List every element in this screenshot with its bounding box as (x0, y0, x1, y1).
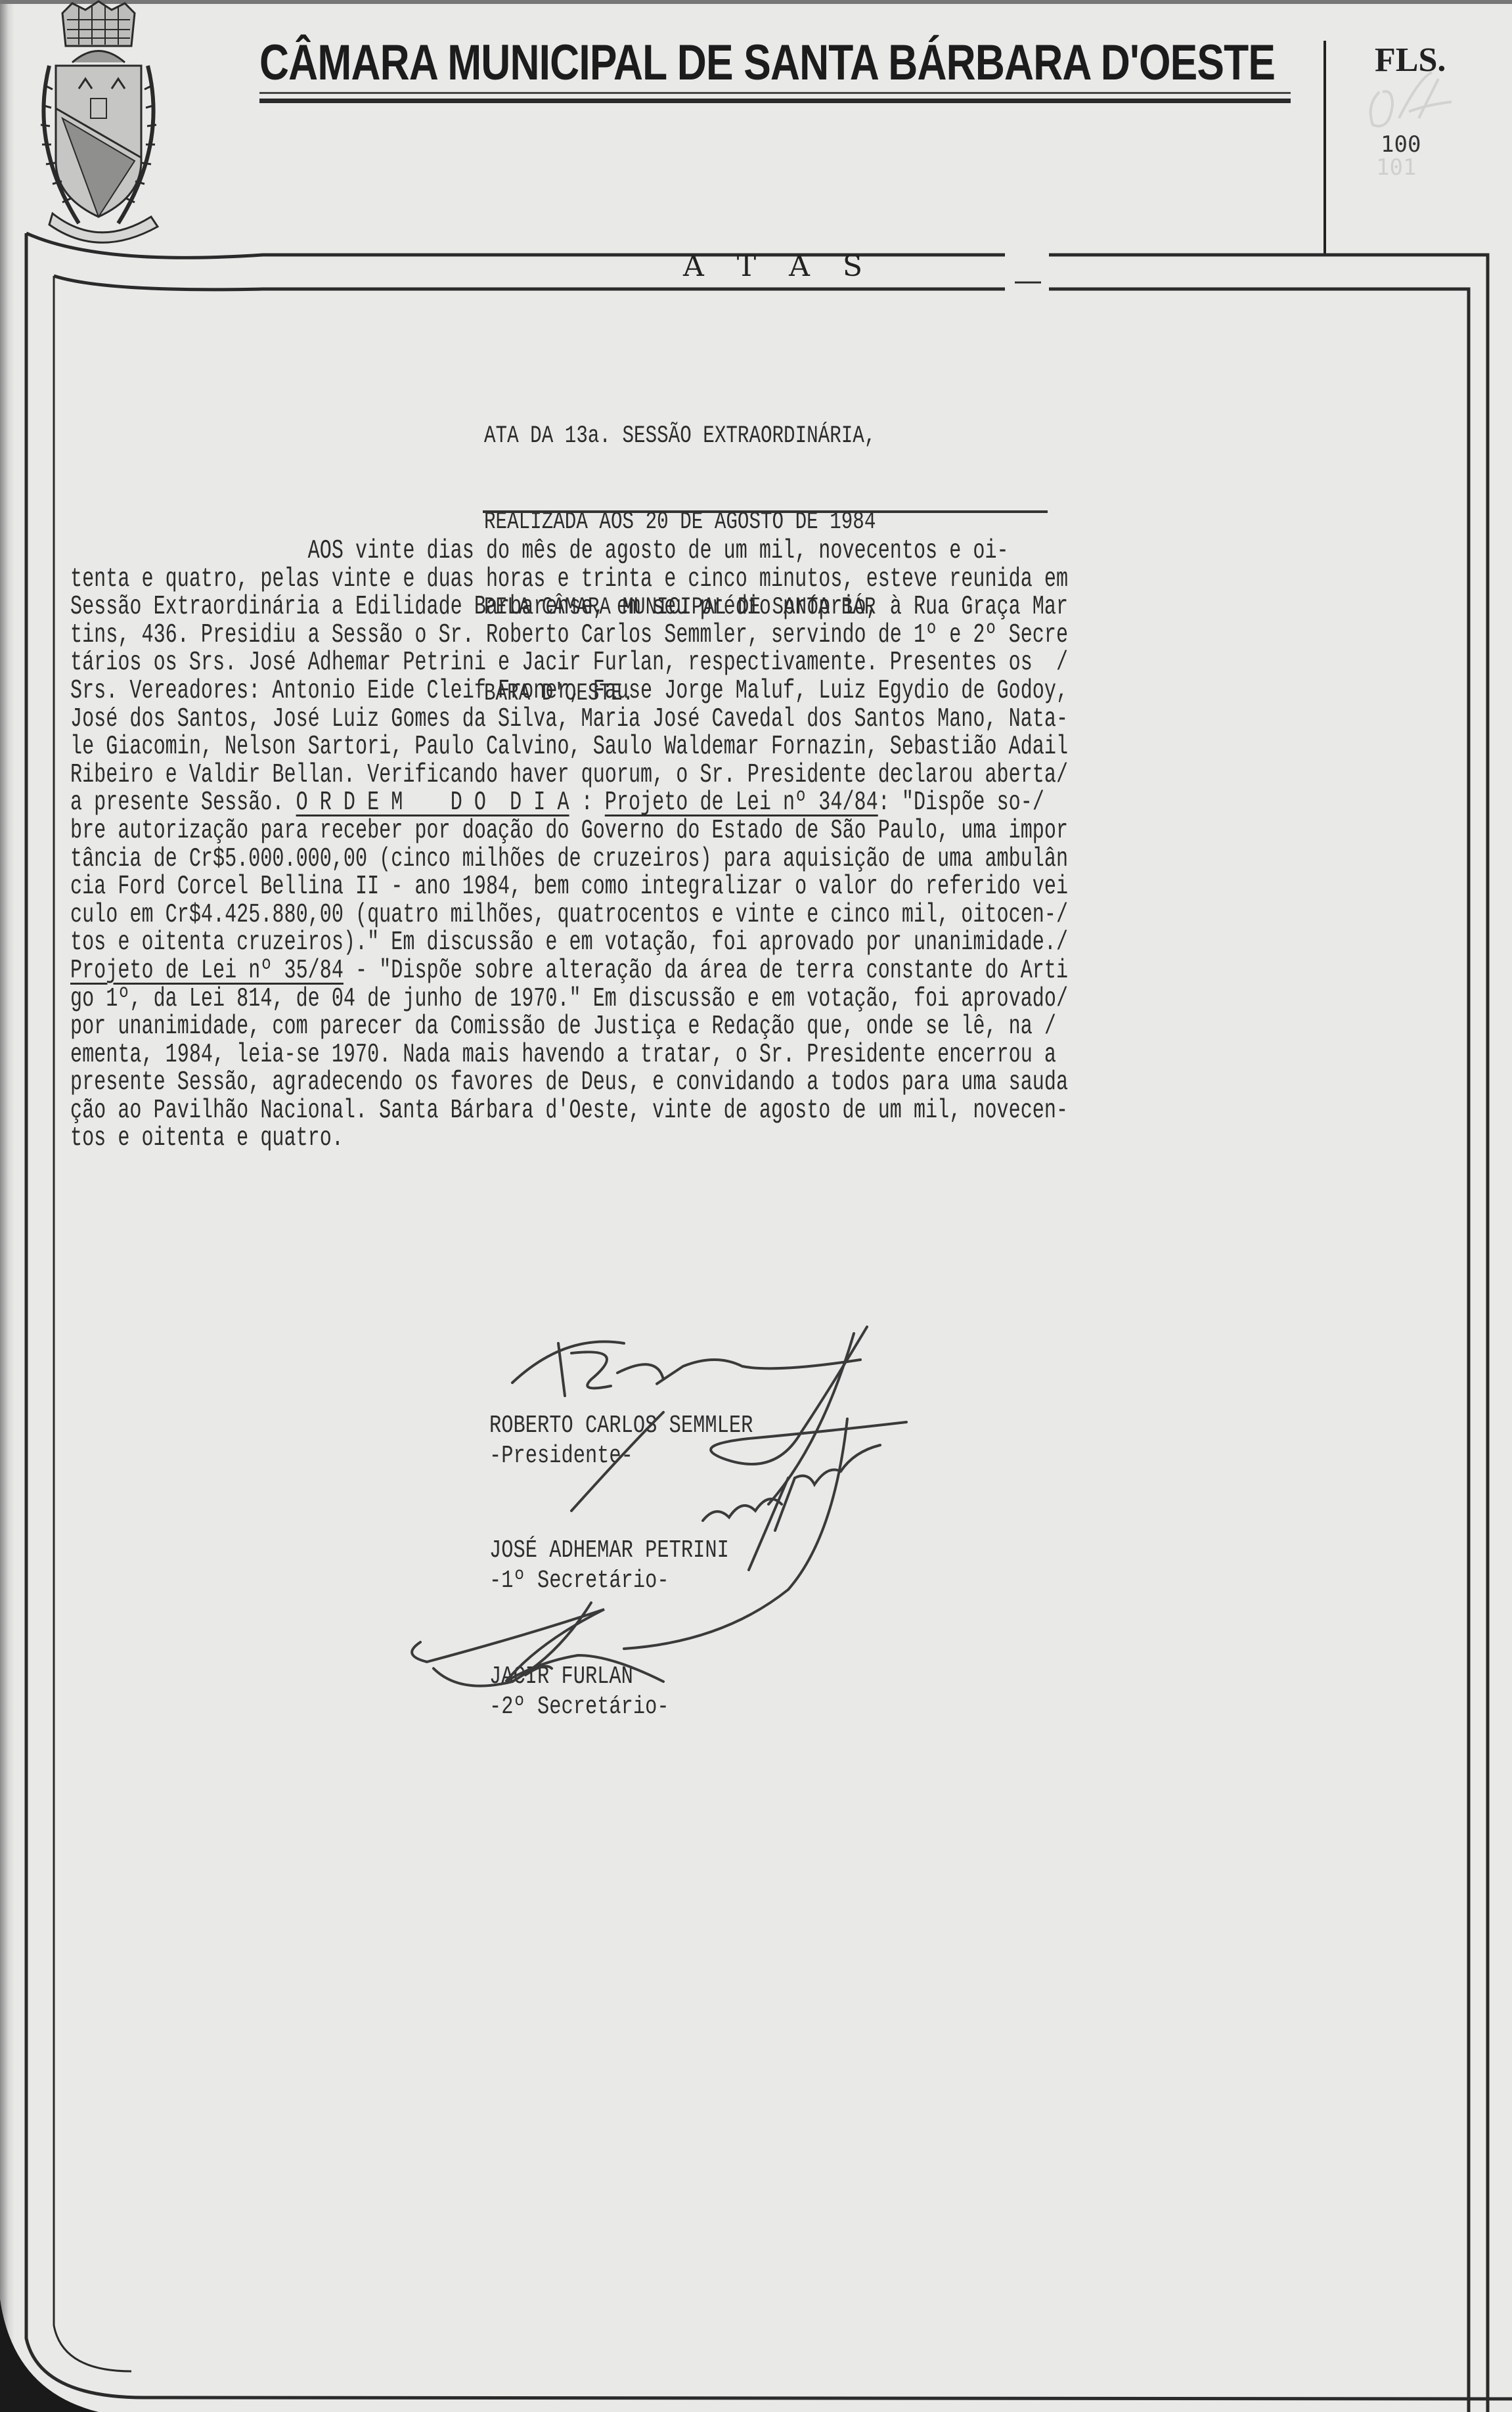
scan-shadow (0, 0, 14, 2412)
projeto-35-label: Projeto de Lei nº 35/84 (70, 956, 344, 986)
body-line: presente Sessão, agradecendo os favores … (70, 1069, 1068, 1097)
sheet-number-handwriting-icon (1353, 66, 1465, 138)
body-line: ementa, 1984, leia-se 1970. Nada mais ha… (70, 1041, 1068, 1069)
body-line-projeto-35: Projeto de Lei nº 35/84 - "Dispõe sobre … (70, 957, 1068, 985)
body-line: Sessão Extraordinária a Edilidade Barbar… (70, 593, 1068, 621)
body-line: Ribeiro e Valdir Bellan. Verificando hav… (70, 761, 1068, 790)
scan-top-edge (0, 0, 1512, 4)
signatory-president-name: ROBERTO CARLOS SEMMLER (489, 1412, 753, 1440)
signatory-president-role: -Presidente- (489, 1442, 633, 1470)
header-divider (1323, 41, 1326, 254)
signatory-second-secretary-role: -2º Secretário- (489, 1693, 669, 1721)
header-rule-thick (259, 99, 1291, 103)
sheet-number: 100 (1381, 131, 1421, 158)
projeto-35-rest: - "Dispõe sobre alteração da área de ter… (344, 956, 1068, 986)
minutes-body: AOS vinte dias do mês de agosto de um mi… (70, 537, 1068, 1153)
body-line: tins, 436. Presidiu a Sessão o Sr. Rober… (70, 621, 1068, 650)
heading-line: ATA DA 13a. SESSÃO EXTRAORDINÁRIA, (484, 422, 876, 451)
body-line: por unanimidade, com parecer da Comissão… (70, 1013, 1068, 1041)
body-line: go 1º, da Lei 814, de 04 de junho de 197… (70, 985, 1068, 1014)
body-line: cia Ford Corcel Bellina II - ano 1984, b… (70, 873, 1068, 901)
municipal-crest-icon (26, 0, 171, 250)
signatory-first-secretary-role: -1º Secretário- (489, 1567, 669, 1595)
body-line-start: a presente Sessão. (70, 788, 296, 818)
page-frame (0, 0, 1512, 2412)
body-line: Srs. Vereadores: Antonio Eide Cleif Fron… (70, 677, 1068, 705)
handwritten-signatures-icon (0, 0, 1512, 2412)
ordem-separator: : (569, 788, 605, 818)
body-line: José dos Santos, José Luiz Gomes da Silv… (70, 705, 1068, 734)
body-line: le Giacomin, Nelson Sartori, Paulo Calvi… (70, 733, 1068, 761)
projeto-34-label: Projeto de Lei nº 34/84 (605, 788, 878, 818)
sheet-number-bleed: 101 (1376, 154, 1416, 181)
body-line: bre autorização para receber por doação … (70, 817, 1068, 845)
body-line: tenta e quatro, pelas vinte e duas horas… (70, 566, 1068, 594)
body-line: tos e oitenta e quatro. (70, 1125, 1068, 1153)
body-line: tários os Srs. José Adhemar Petrini e Ja… (70, 649, 1068, 677)
section-title: A T A S (683, 250, 874, 283)
body-line-ordem: a presente Sessão. O R D E M D O D I A :… (70, 789, 1068, 817)
ordem-do-dia-label: O R D E M D O D I A (296, 788, 569, 818)
body-line: tância de Cr$5.000.000,00 (cinco milhões… (70, 845, 1068, 874)
body-line: tos e oitenta cruzeiros)." Em discussão … (70, 929, 1068, 957)
institution-title: CÂMARA MUNICIPAL DE SANTA BÁRBARA D'OEST… (259, 34, 1275, 91)
heading-underline (483, 510, 1048, 513)
body-line: culo em Cr$4.425.880,00 (quatro milhões,… (70, 901, 1068, 929)
signatory-second-secretary-name: JACIR FURLAN (489, 1663, 633, 1691)
projeto-34-rest: : "Dispõe so-/ (878, 788, 1044, 818)
header-rule (259, 92, 1291, 94)
signatory-first-secretary-name: JOSÉ ADHEMAR PETRINI (489, 1537, 729, 1565)
body-line: ção ao Pavilhão Nacional. Santa Bárbara … (70, 1097, 1068, 1125)
body-line: AOS vinte dias do mês de agosto de um mi… (70, 537, 1068, 566)
